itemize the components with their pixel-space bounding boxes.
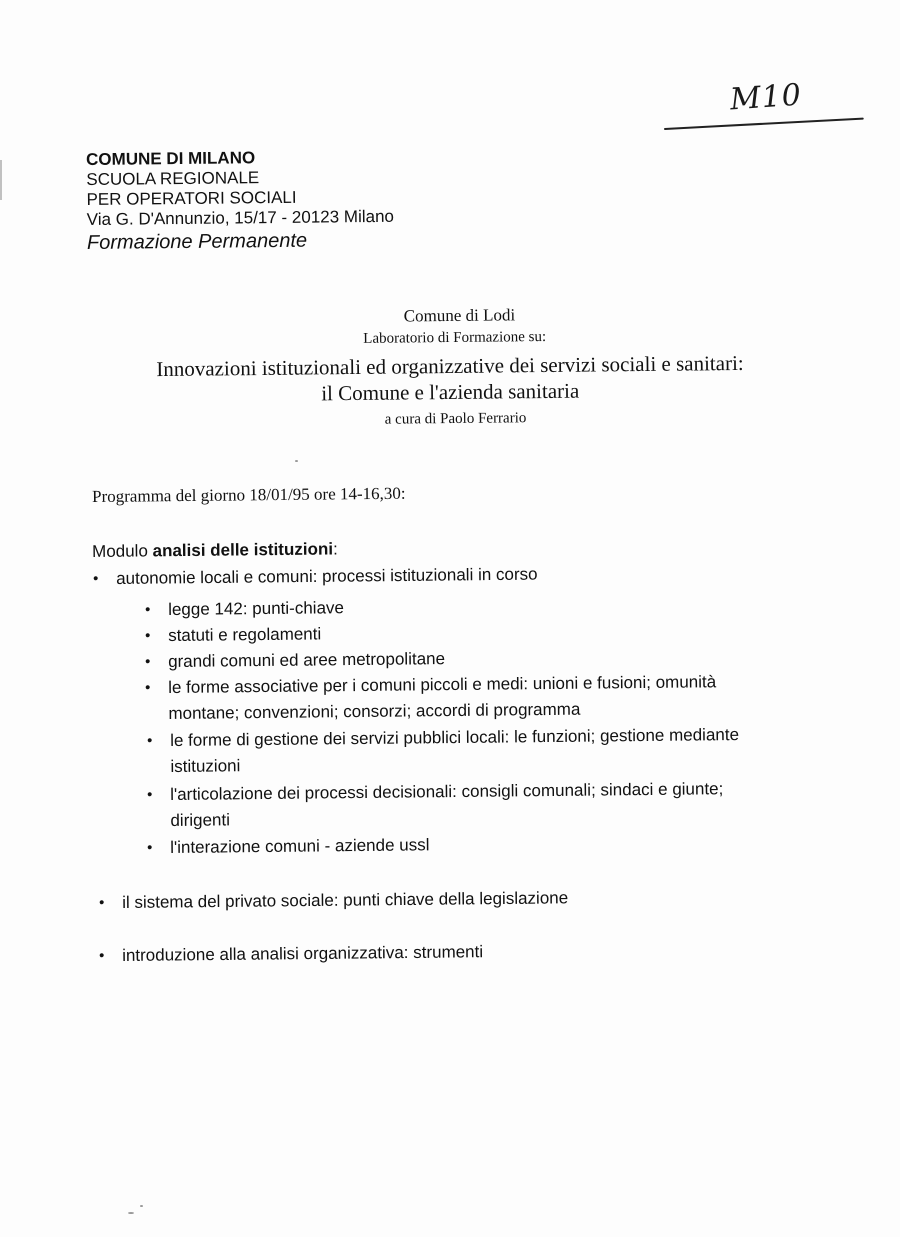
bullet-icon: •	[147, 835, 153, 861]
list-item-continuation: istituzioni	[170, 748, 739, 780]
list-item: • le forme associative per i comuni picc…	[168, 669, 717, 727]
list-item-continuation: dirigenti	[170, 802, 723, 834]
bullet-icon: •	[145, 675, 151, 701]
list-item: • introduzione alla analisi organizzativ…	[122, 939, 483, 969]
list-item: • autonomie locali e comuni: processi is…	[116, 562, 538, 592]
bullet-icon: •	[145, 597, 151, 623]
module-suffix: :	[333, 539, 338, 558]
scan-edge-mark	[0, 160, 2, 200]
list-item-text: legge 142: punti-chiave	[168, 598, 344, 619]
module-name: analisi delle istituzioni	[152, 539, 333, 560]
scanned-page: M10 COMUNE DI MILANO SCUOLA REGIONALE PE…	[0, 0, 900, 1237]
module-prefix: Modulo	[92, 541, 153, 561]
list-item-text: grandi comuni ed aree metropolitane	[168, 649, 445, 671]
list-item: • l'articolazione dei processi decisiona…	[170, 776, 724, 834]
list-item-text: autonomie locali e comuni: processi isti…	[116, 565, 538, 588]
scan-speck	[140, 1205, 143, 1207]
bullet-icon: •	[145, 623, 151, 649]
handwritten-note: M10	[729, 78, 803, 118]
list-item-text: l'articolazione dei processi decisionali…	[170, 779, 723, 804]
list-item-text: le forme di gestione dei servizi pubblic…	[170, 725, 739, 750]
title-block: Comune di Lodi Laboratorio di Formazione…	[0, 300, 900, 435]
bullet-icon: •	[99, 943, 105, 969]
letterhead: COMUNE DI MILANO SCUOLA REGIONALE PER OP…	[86, 147, 394, 256]
list-item: • grandi comuni ed aree metropolitane	[168, 646, 445, 675]
list-item: • il sistema del privato sociale: punti …	[122, 885, 568, 916]
module-heading: Modulo analisi delle istituzioni:	[92, 539, 338, 562]
list-item: • le forme di gestione dei servizi pubbl…	[170, 722, 739, 780]
bullet-icon: •	[99, 890, 105, 916]
list-item-text: introduzione alla analisi organizzativa:…	[122, 942, 483, 965]
list-item-text: l'interazione comuni - aziende ussl	[170, 835, 430, 857]
letterhead-department: Formazione Permanente	[87, 227, 395, 256]
list-item: • statuti e regolamenti	[168, 621, 321, 649]
list-item-text: il sistema del privato sociale: punti ch…	[122, 888, 568, 912]
scan-speck	[295, 460, 298, 462]
list-item-text: le forme associative per i comuni piccol…	[168, 672, 716, 697]
bullet-icon: •	[145, 649, 151, 675]
letterhead-address: Via G. D'Annunzio, 15/17 - 20123 Milano	[87, 207, 394, 230]
bullet-icon: •	[147, 782, 153, 808]
program-date: Programma del giorno 18/01/95 ore 14-16,…	[92, 484, 406, 507]
handwritten-underline	[664, 118, 864, 130]
scan-speck	[128, 1212, 134, 1214]
list-item-text: statuti e regolamenti	[168, 624, 321, 645]
bullet-icon: •	[93, 566, 99, 592]
list-item: • l'interazione comuni - aziende ussl	[170, 832, 430, 861]
bullet-icon: •	[147, 728, 153, 754]
list-item: • legge 142: punti-chiave	[168, 595, 344, 623]
